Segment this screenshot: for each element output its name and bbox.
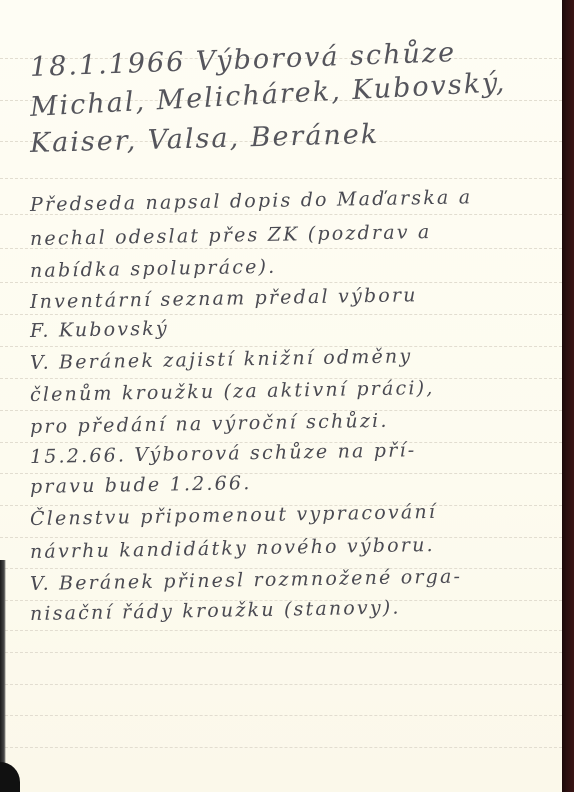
ruled-line xyxy=(0,314,562,315)
minutes-line: nechal odeslat přes ZK (pozdrav a xyxy=(30,221,432,250)
ruled-line xyxy=(0,652,562,653)
ruled-line xyxy=(0,747,562,748)
paper-page: 18.1.1966 Výborová schůze Michal, Melich… xyxy=(0,0,574,792)
scan-edge-right xyxy=(562,0,574,792)
minutes-line: členům kroužku (za aktivní práci), xyxy=(30,377,435,406)
minutes-line: pro předání na výroční schůzi. xyxy=(30,410,389,438)
minutes-line: nabídka spolupráce). xyxy=(30,256,277,282)
minutes-line: F. Kubovský xyxy=(30,318,169,342)
minutes-line: Předseda napsal dopis do Maďarska a xyxy=(30,186,473,216)
ruled-line xyxy=(0,473,562,474)
minutes-line: pravu bude 1.2.66. xyxy=(30,472,252,498)
header-attendees-2: Kaiser, Valsa, Beránek xyxy=(30,119,380,159)
minutes-line: V. Beránek zajistí knižní odměny xyxy=(30,345,413,374)
ruled-line xyxy=(0,282,562,283)
minutes-line: V. Beránek přinesl rozmnožené orga- xyxy=(30,565,463,595)
minutes-line: návrhu kandidátky nového výboru. xyxy=(30,534,435,563)
ruled-line xyxy=(0,715,562,716)
minutes-line: Inventární seznam předal výboru xyxy=(30,284,418,313)
scan-edge-left xyxy=(0,560,6,792)
ruled-line xyxy=(0,178,562,179)
ruled-line xyxy=(0,684,562,685)
ruled-line xyxy=(0,630,562,631)
minutes-line: 15.2.66. Výborová schůze na pří- xyxy=(30,439,417,468)
